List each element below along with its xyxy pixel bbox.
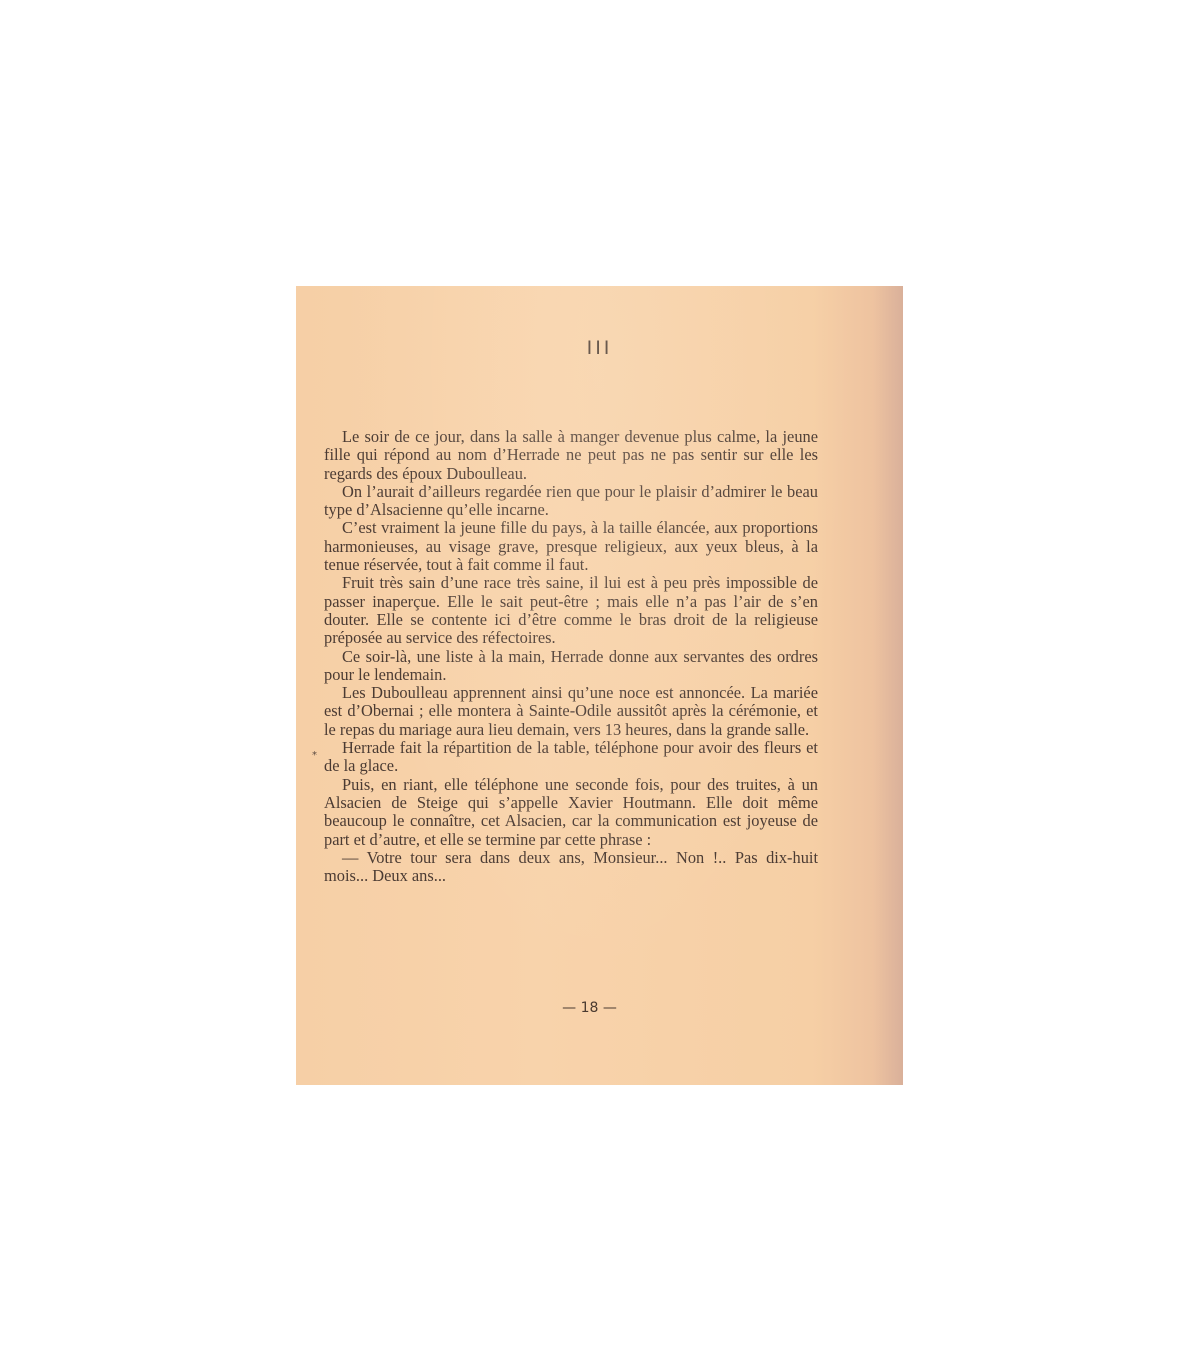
margin-annotation: *	[312, 750, 317, 761]
paragraph: Le soir de ce jour, dans la salle à mang…	[324, 428, 818, 483]
paragraph: Fruit très sain d’une race très saine, i…	[324, 574, 818, 647]
paragraph: C’est vraiment la jeune fille du pays, à…	[324, 519, 818, 574]
chapter-heading: III	[296, 337, 903, 359]
page-number: — 18 —	[296, 1000, 883, 1016]
paragraph: Herrade fait la répartition de la table,…	[324, 739, 818, 776]
paragraph: Ce soir-là, une liste à la main, Herrade…	[324, 648, 818, 685]
paragraph: Puis, en riant, elle téléphone une secon…	[324, 776, 818, 849]
body-text: Le soir de ce jour, dans la salle à mang…	[324, 428, 818, 885]
paragraph: On l’aurait d’ailleurs regardée rien que…	[324, 483, 818, 520]
paragraph: Les Duboulleau apprennent ainsi qu’une n…	[324, 684, 818, 739]
paragraph: — Votre tour sera dans deux ans, Monsieu…	[324, 849, 818, 886]
book-page: III * Le soir de ce jour, dans la salle …	[296, 286, 903, 1085]
